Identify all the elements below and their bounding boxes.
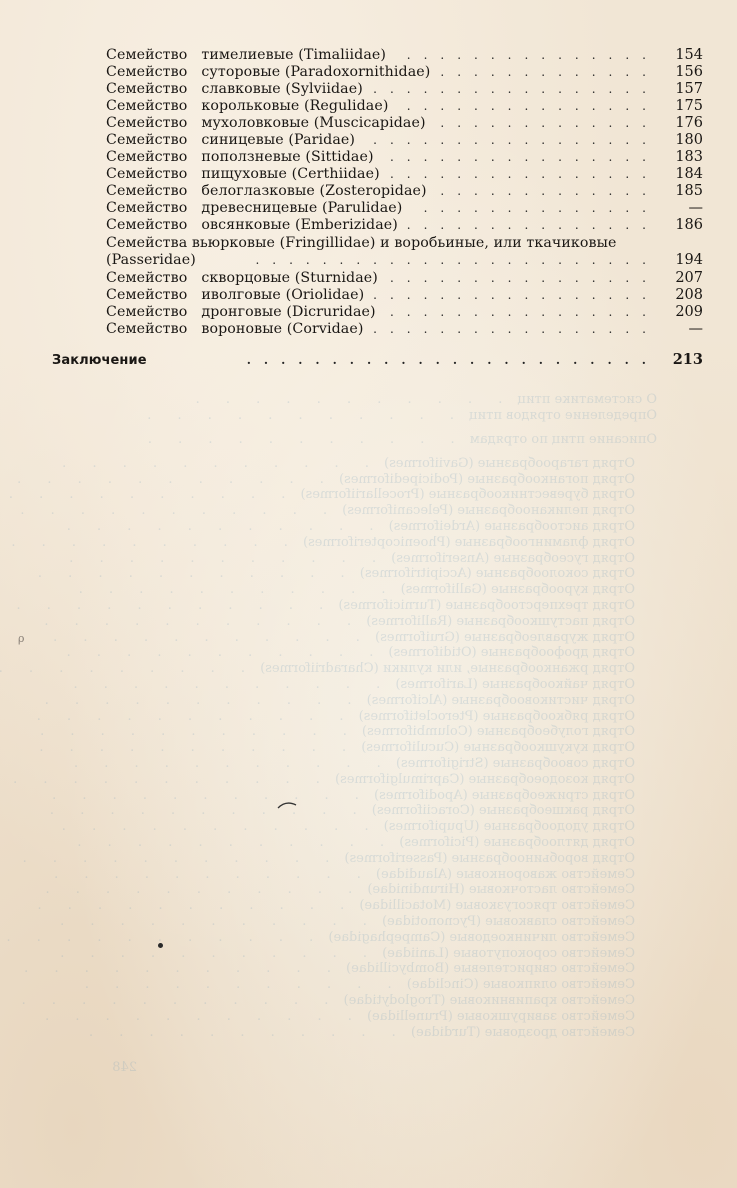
page-number: 154 [669, 47, 703, 63]
page-number: — [669, 321, 703, 337]
show-through-line: Отряд пастушкообразные (Ralliformes) . .… [33, 614, 635, 630]
toc-entry: Семействодронговые (Dicruridae) ........… [106, 304, 703, 320]
show-through-line: Отряд чайкообразные (Lariformes) . . . .… [63, 677, 636, 693]
toc-entry: Семействославковые (Sylviidae) .........… [106, 81, 703, 97]
toc-entry: Семействокорольковые (Regulidae) .......… [106, 98, 703, 114]
entry-latin: (Muscicapidae) [314, 115, 426, 131]
stray-ink-mark [276, 800, 300, 810]
show-through-line: Отряд трехперстообразные (Turniciformes)… [5, 598, 635, 614]
entry-name: суторовые [201, 64, 280, 80]
entry-latin: (Oriolidae) [286, 287, 365, 303]
toc-entry-wrapped-line1: Семейства вьюрковые (Fringillidae) и вор… [106, 235, 703, 251]
entry-latin: (Emberizidae) [295, 217, 398, 233]
toc-entry: Семействопищуховые (Certhiidae) ........… [106, 166, 703, 182]
show-through-line: Семейство славковые (Pycnonotidae) . . .… [49, 914, 635, 930]
entry-name: вороновые [201, 321, 282, 337]
toc-entry: Семействоиволговые (Oriolidae) .........… [106, 287, 703, 303]
show-through-line: Отряд фламингообразные (Phoenicopterifor… [0, 535, 635, 551]
entry-latin: (Sittidae) [305, 149, 373, 165]
dot-leader: ........................................… [394, 47, 659, 63]
page-number: 209 [669, 304, 703, 320]
toc-entry: Семействопоползневые (Sittidae) ........… [106, 149, 703, 165]
show-through-line: Отряд рябкообразные (Pterocletiformes) .… [26, 709, 635, 725]
page-number: 185 [669, 183, 703, 199]
toc-entry: Семействомухоловковые (Muscicapidae) ...… [106, 115, 703, 131]
entry-name: синицевые [201, 132, 283, 148]
show-through-line: Отряд буревестникообразные (Procellariif… [0, 487, 635, 503]
show-through-line: Отряд гагарообразные (Gaviiformes) . . .… [51, 456, 635, 472]
toc-entry: Семействоскворцовые (Sturnidae) ........… [106, 270, 703, 286]
show-through-page-number: 248 [112, 1060, 137, 1076]
dot-leader: ........................................… [410, 200, 659, 216]
toc-entry-wrapped-line2: (Passeridae) ...........................… [106, 252, 703, 268]
entry-latin: (Parulidae) [322, 200, 402, 216]
toc-entry: Семействовороновые (Corvidae) ..........… [106, 321, 703, 337]
book-page: О систематике птиц . . . . . . . . . . .… [0, 0, 737, 1188]
page-number: 194 [669, 252, 703, 268]
pencil-mark: ρ [18, 632, 24, 645]
entry-name: славковые [201, 81, 280, 97]
entry-latin: (Zosteropidae) [320, 183, 427, 199]
entry-name: иволговые [201, 287, 281, 303]
conclusion-label: Заключение [52, 353, 147, 369]
show-through-line: Отряд курообразные (Galliformes) . . . .… [68, 582, 635, 598]
entry-latin: (Timaliidae) [298, 47, 386, 63]
show-through-line: Отряд стрижеобразные (Apodiformes) . . .… [41, 788, 635, 804]
dot-leader: ........................................… [434, 115, 659, 131]
show-through-line: Отряд поганкообразные (Podicipediformes)… [6, 472, 635, 488]
entry-name: тимелиевые [201, 47, 293, 63]
toc-entry-conclusion: Заключение .............................… [52, 352, 703, 368]
show-through-line: Отряд дятлообразные (Piciformes) . . . .… [66, 835, 635, 851]
dot-leader: ........................................… [372, 287, 659, 303]
dot-leader: ........................................… [406, 217, 659, 233]
toc-entry: Семействобелоглазковые (Zosteropidae) ..… [106, 183, 703, 199]
show-through-line: Семейство крапивниковые (Troglodytidae) … [11, 993, 635, 1009]
dot-leader: ........................................… [396, 98, 659, 114]
show-through-line: Описание птиц по отрядам . . . . . . . .… [137, 432, 657, 448]
toc-entry: Семействосиницевые (Paridae) ...........… [106, 132, 703, 148]
dot-leader: ........................................… [382, 149, 659, 165]
show-through-line: Отряд совообразные (Strigiformes) . . . … [63, 756, 635, 772]
show-through-line: Семейство завирушковые (Prunellidae) . .… [34, 1009, 635, 1025]
page-number: 184 [669, 166, 703, 182]
entry-name: поползневые [201, 149, 300, 165]
entry-name: корольковые [201, 98, 299, 114]
show-through-line: Отряд ржанкообразные, или кулики (Charad… [0, 661, 635, 677]
page-number: 186 [669, 217, 703, 233]
entry-latin: (Sylviidae) [285, 81, 362, 97]
show-through-line: Семейство оляпковые (Cinclidae) . . . . … [74, 977, 635, 993]
entry-latin: (Paradoxornithidae) [285, 64, 431, 80]
show-through-line: Семейство трясогузковые (Motacillidae) .… [26, 898, 635, 914]
entry-name: белоглазковые [201, 183, 315, 199]
show-through-line: Отряд голубеобразные (Columbiformes) . .… [29, 724, 635, 740]
show-through-line: Семейство личинкоедовые (Campephagidae) … [0, 930, 635, 946]
page-number: 183 [669, 149, 703, 165]
show-through-line: Отряд воробьинообразные (Passeriformes) … [12, 851, 635, 867]
dot-leader: ........................................… [363, 132, 659, 148]
show-through-line: О систематике птиц . . . . . . . . . . . [185, 392, 657, 408]
show-through-line: Семейство жаворонковые (Alaudidae) . . .… [43, 867, 635, 883]
page-number: — [669, 200, 703, 216]
page-number: 207 [669, 270, 703, 286]
page-number: 180 [669, 132, 703, 148]
page-number: 156 [669, 64, 703, 80]
entry-name: дронговые [201, 304, 281, 320]
show-through-line: Отряд козодоеобразные (Caprimulgiformes)… [2, 772, 635, 788]
show-through-line: Отряд пеликанообразные (Pelecaniformes) … [9, 503, 635, 519]
page-number: 208 [669, 287, 703, 303]
show-through-line: Отряд гусеобразные (Anseriformes) . . . … [58, 551, 635, 567]
page-number: 157 [669, 81, 703, 97]
show-through-line: Отряд чистиковообразные (Alciformes) . .… [34, 693, 635, 709]
show-through-line: Семейство свиристелевые (Bombycillidae) … [13, 961, 635, 977]
show-through-line: Отряд дрофообразные (Otidiformes) . . . … [56, 645, 635, 661]
toc-entry: Семействоовсянковые (Emberizidae) ......… [106, 217, 703, 233]
entry-latin: (Dicruridae) [286, 304, 375, 320]
toc-entry: Семействодревесницевые (Parulidae) .....… [106, 200, 703, 216]
entry-latin: (Certhiidae) [292, 166, 380, 182]
show-through-line: Семейство дроздовые (Turdidae) . . . . .… [78, 1025, 635, 1041]
entry-latin: (Sturnidae) [295, 270, 378, 286]
toc-entry: Семействосуторовые (Paradoxornithidae) .… [106, 64, 703, 80]
show-through-line: Семейство сорокопутовые (Laniidae) . . .… [49, 946, 635, 962]
entry-latin: (Corvidae) [287, 321, 364, 337]
dot-leader: ........................................… [386, 270, 659, 286]
entry-name: скворцовые [201, 270, 290, 286]
entry-name: пищуховые [201, 166, 287, 182]
dot-leader: ........................................… [438, 64, 659, 80]
show-through-line: Отряд удодообразные (Upupiformes) . . . … [51, 819, 635, 835]
show-through-line: Отряд аистообразные (Ardeiformes) . . . … [56, 519, 635, 535]
dot-leader: ........................................… [384, 304, 659, 320]
dot-leader: ........................................… [388, 166, 659, 182]
dot-leader: ........................................… [371, 81, 659, 97]
dot-leader: ........................................… [256, 252, 659, 268]
page-number: 175 [669, 98, 703, 114]
entry-name: древесницевые [201, 200, 317, 216]
dot-leader: ........................................… [435, 183, 659, 199]
show-through-line: Определение отрядов птиц . . . . . . . .… [136, 408, 657, 424]
entry-latin: (Paridae) [288, 132, 355, 148]
show-through-line: Семейство ласточковые (Hirundinidae) . .… [34, 882, 635, 898]
toc-entry: Семействотимелиевые (Timaliidae) .......… [106, 47, 703, 63]
entry-name: мухоловковые [201, 115, 309, 131]
show-through-line: Отряд кукушкообразные (Cuculiformes) . .… [28, 740, 635, 756]
show-through-line: Отряд ракшеобразные (Coraciiformes) . . … [39, 803, 635, 819]
dot-leader: ........................................… [237, 352, 659, 368]
stray-ink-dot [158, 943, 163, 948]
dot-leader: ........................................… [371, 321, 659, 337]
entry-latin: (Regulidae) [304, 98, 388, 114]
show-through-line: Отряд соколообразные (Accipitriformes) .… [27, 566, 635, 582]
show-through-line: Отряд журавлеобразные (Gruiformes) . . .… [42, 630, 635, 646]
page-number: 213 [669, 352, 703, 368]
entry-name: овсянковые [201, 217, 290, 233]
page-number: 176 [669, 115, 703, 131]
